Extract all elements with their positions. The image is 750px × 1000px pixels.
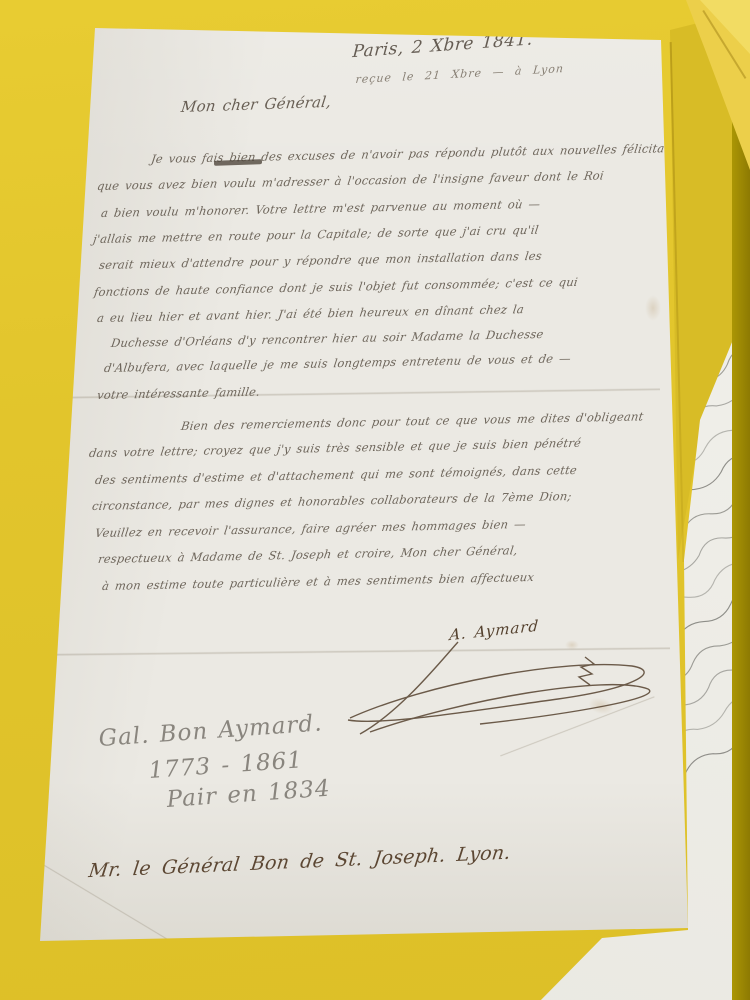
letter-paper: Paris, 2 Xbre 1841. reçue le 21 Xbre — à…: [0, 0, 750, 1000]
signature-flourish: [330, 622, 670, 740]
photo-scene: Paris, 2 Xbre 1841. reçue le 21 Xbre — à…: [0, 0, 750, 1000]
paper-stain: [645, 295, 661, 321]
